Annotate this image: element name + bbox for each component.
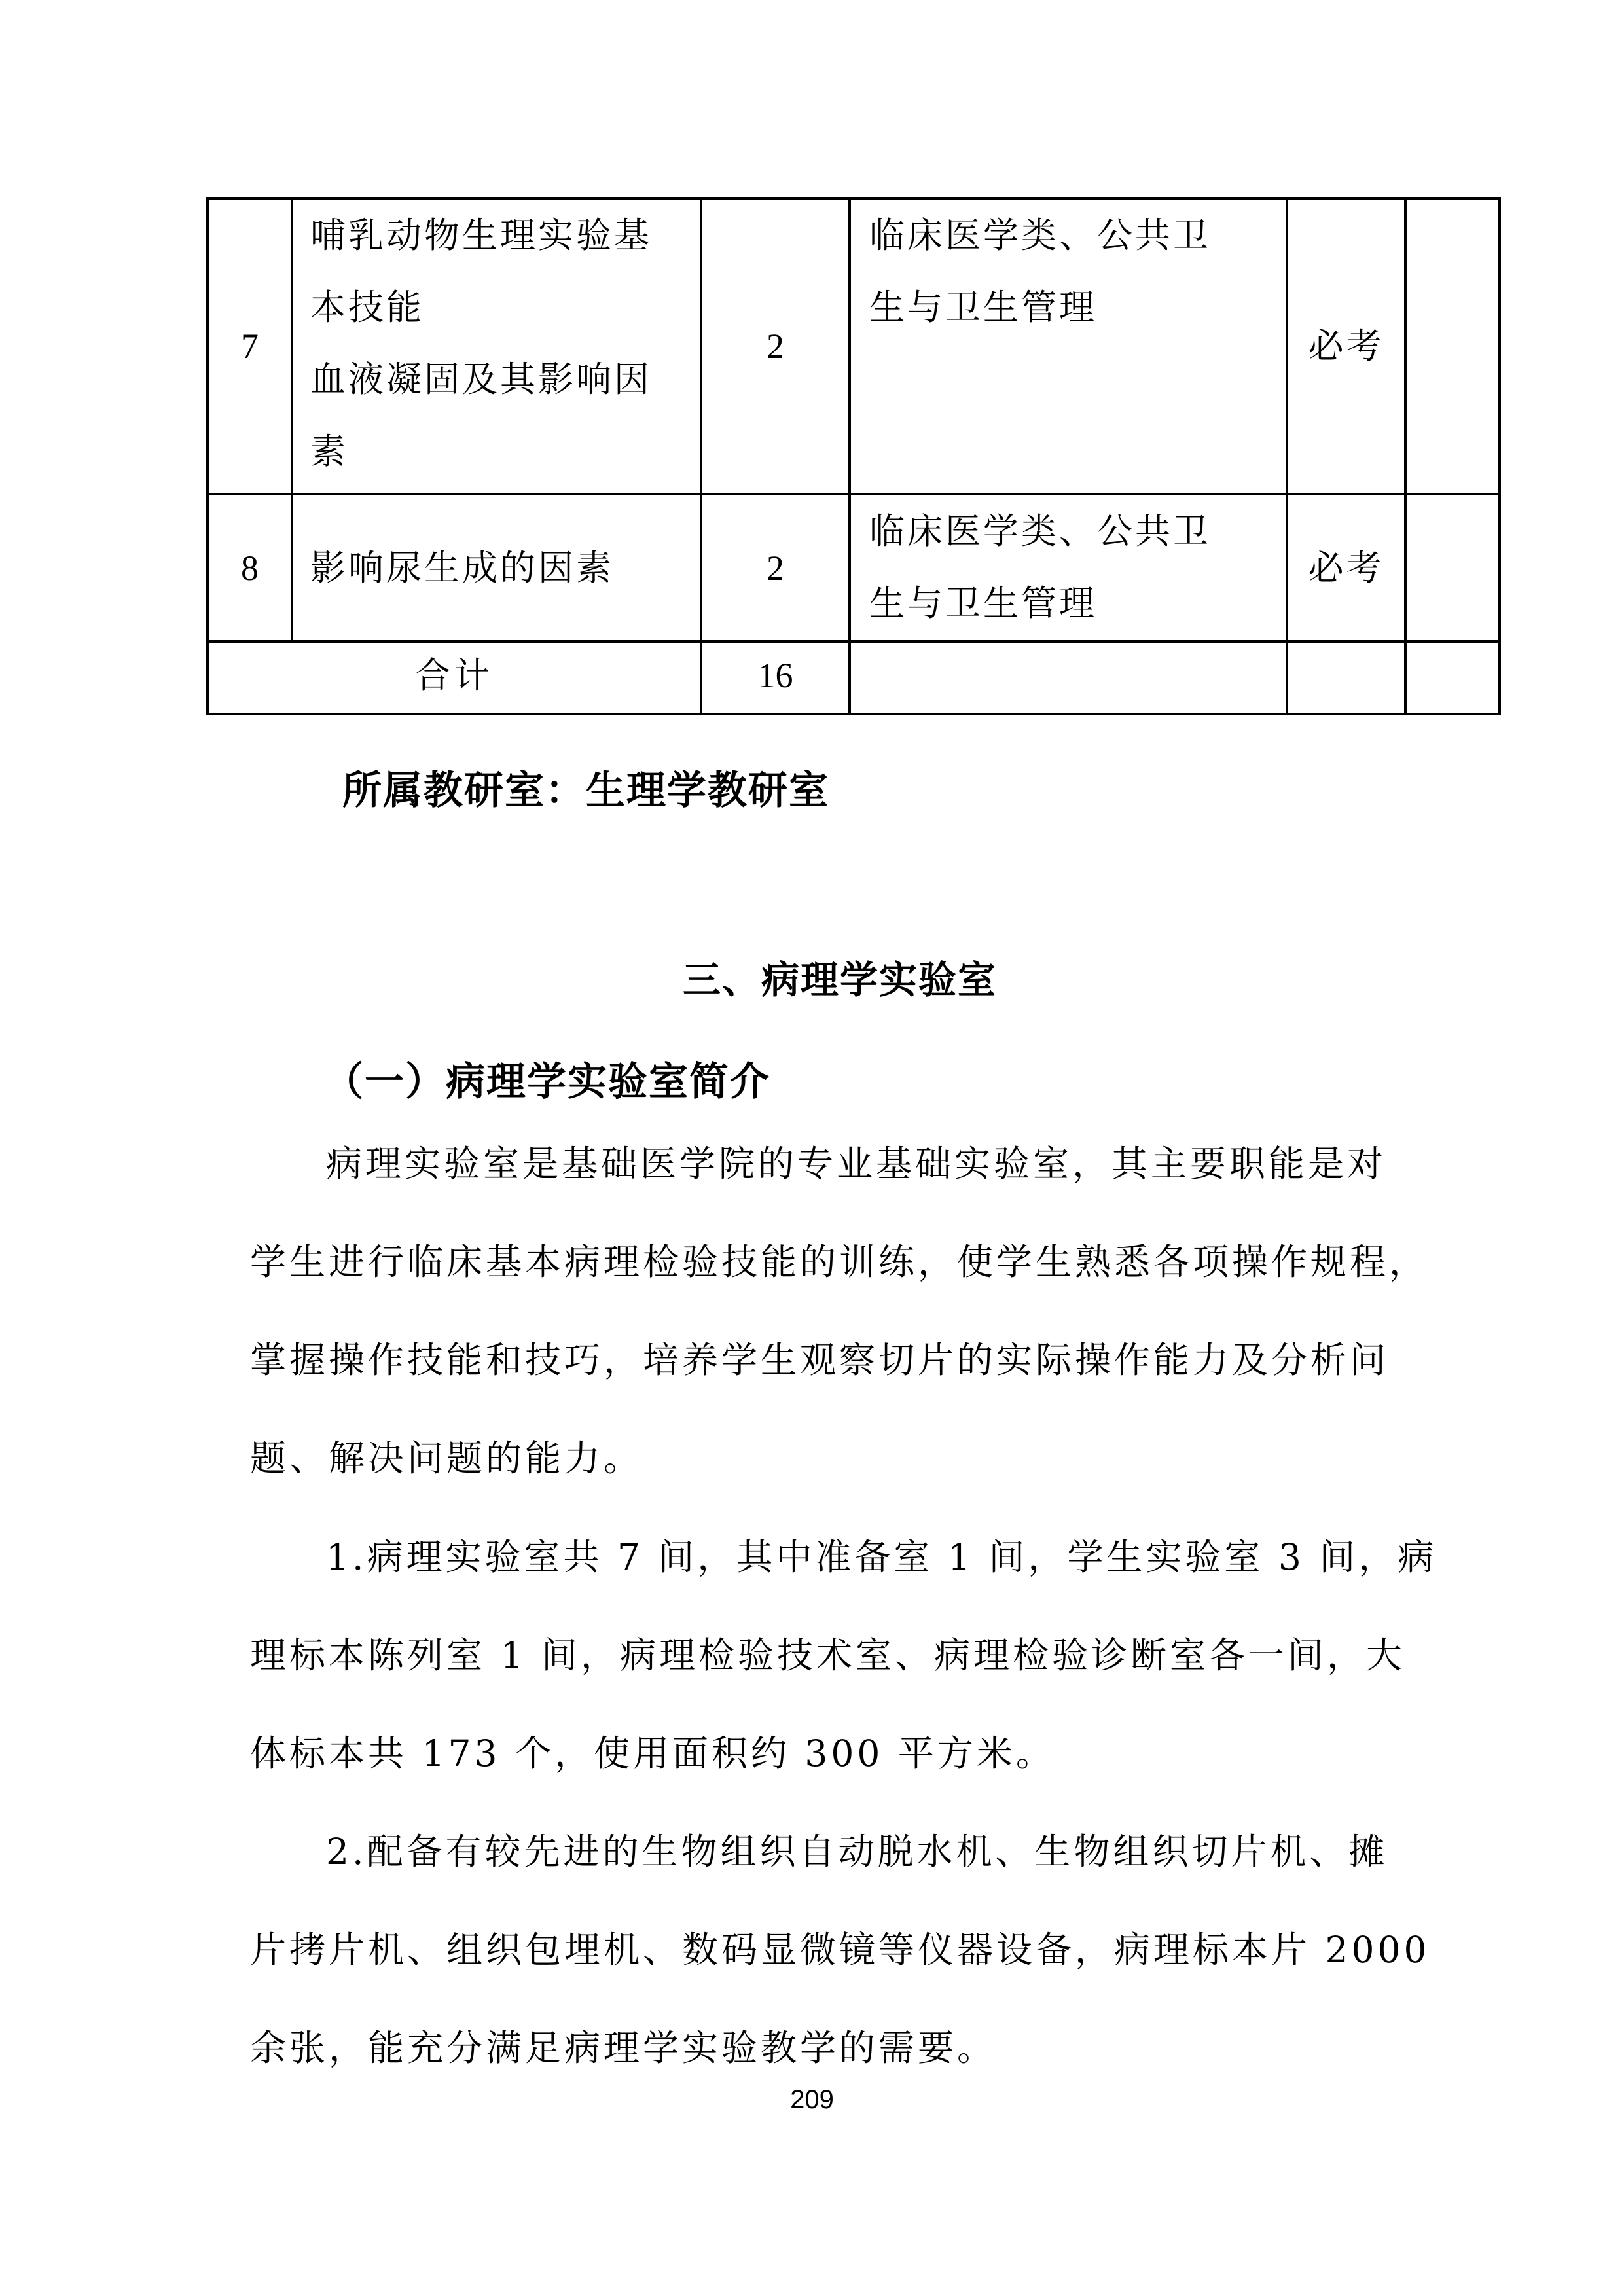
paragraph-line: 学生进行临床基本病理检验技能的训练，使学生熟悉各项操作规程， xyxy=(250,1213,1415,1311)
paragraph-line: 病理实验室是基础医学院的专业基础实验室，其主要职能是对 xyxy=(250,1115,1415,1213)
experiment-name-line: 影响尿生成的因素 xyxy=(310,532,693,604)
experiment-table: 7 哺乳动物生理实验基 本技能 血液凝固及其影响因 素 2 临床医学类、公共卫 … xyxy=(206,197,1501,715)
section-heading: 三、病理学实验室 xyxy=(0,949,1624,1004)
intro-paragraph: 病理实验室是基础医学院的专业基础实验室，其主要职能是对 学生进行临床基本病理检验… xyxy=(250,1115,1415,1507)
paragraph-line: 题、解决问题的能力。 xyxy=(250,1409,1415,1507)
paragraph-line: 1.病理实验室共 7 间，其中准备室 1 间，学生实验室 3 间，病 xyxy=(250,1508,1415,1606)
table-row: 8 影响尿生成的因素 2 临床医学类、公共卫 生与卫生管理 必考 xyxy=(208,494,1500,641)
total-label: 合计 xyxy=(208,641,701,714)
major-line: 临床医学类、公共卫 xyxy=(869,200,1279,272)
experiment-name-line: 本技能 xyxy=(310,272,693,344)
note-cell xyxy=(1405,198,1500,494)
paragraph-line: 片拷片机、组织包埋机、数码显微镜等仪器设备，病理标本片 2000 xyxy=(250,1901,1415,1999)
document-page: 7 哺乳动物生理实验基 本技能 血液凝固及其影响因 素 2 临床医学类、公共卫 … xyxy=(0,0,1624,2296)
rooms-paragraph: 1.病理实验室共 7 间，其中准备室 1 间，学生实验室 3 间，病 理标本陈列… xyxy=(250,1508,1415,1803)
table-row: 7 哺乳动物生理实验基 本技能 血液凝固及其影响因 素 2 临床医学类、公共卫 … xyxy=(208,198,1500,494)
paragraph-line: 体标本共 173 个，使用面积约 300 平方米。 xyxy=(250,1704,1415,1803)
major-cell: 临床医学类、公共卫 生与卫生管理 xyxy=(850,494,1287,641)
hours-cell: 2 xyxy=(701,494,850,641)
subsection-heading: （一）病理学实验室简介 xyxy=(324,1050,770,1107)
major-line: 生与卫生管理 xyxy=(869,567,1279,639)
exam-type-cell: 必考 xyxy=(1287,198,1405,494)
experiment-name-cell: 哺乳动物生理实验基 本技能 血液凝固及其影响因 素 xyxy=(292,198,701,494)
total-major-cell xyxy=(850,641,1287,714)
total-note-cell xyxy=(1405,641,1500,714)
hours-cell: 2 xyxy=(701,198,850,494)
total-type-cell xyxy=(1287,641,1405,714)
paragraph-line: 余张，能充分满足病理学实验教学的需要。 xyxy=(250,1999,1415,2097)
department-line: 所属教研室：生理学教研室 xyxy=(342,759,829,816)
exam-type-cell: 必考 xyxy=(1287,494,1405,641)
experiment-name-line: 血液凝固及其影响因 xyxy=(310,344,693,416)
experiment-name-line: 哺乳动物生理实验基 xyxy=(310,200,693,272)
equipment-paragraph: 2.配备有较先进的生物组织自动脱水机、生物组织切片机、摊 片拷片机、组织包埋机、… xyxy=(250,1803,1415,2097)
major-line: 临床医学类、公共卫 xyxy=(869,495,1279,567)
row-index: 7 xyxy=(208,198,292,494)
row-index: 8 xyxy=(208,494,292,641)
note-cell xyxy=(1405,494,1500,641)
major-cell: 临床医学类、公共卫 生与卫生管理 xyxy=(850,198,1287,494)
major-line: 生与卫生管理 xyxy=(869,272,1279,344)
total-row: 合计 16 xyxy=(208,641,1500,714)
paragraph-line: 2.配备有较先进的生物组织自动脱水机、生物组织切片机、摊 xyxy=(250,1803,1415,1901)
experiment-name-line: 素 xyxy=(310,416,693,488)
page-number: 209 xyxy=(0,2085,1624,2115)
paragraph-line: 理标本陈列室 1 间，病理检验技术室、病理检验诊断室各一间，大 xyxy=(250,1606,1415,1704)
total-hours: 16 xyxy=(701,641,850,714)
experiment-name-cell: 影响尿生成的因素 xyxy=(292,494,701,641)
paragraph-line: 掌握操作技能和技巧，培养学生观察切片的实际操作能力及分析问 xyxy=(250,1311,1415,1409)
